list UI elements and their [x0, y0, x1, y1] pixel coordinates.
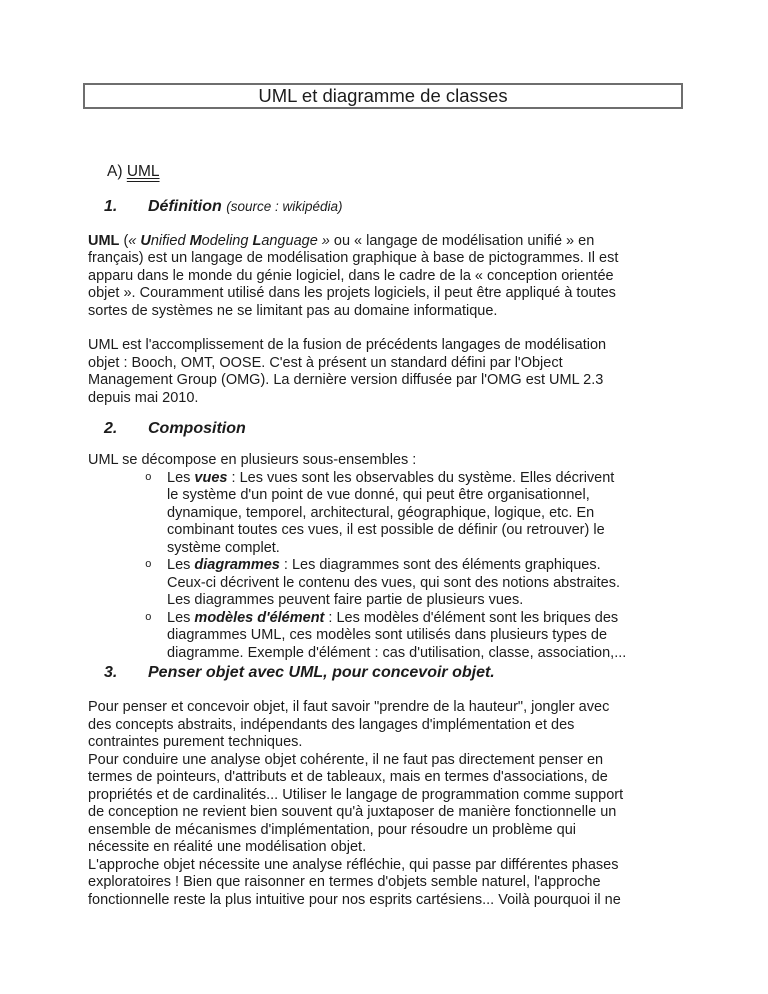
- paragraph-uml-history: UML est l'accomplissement de la fusion d…: [88, 337, 738, 407]
- list-item-modeles-element: o Les modèles d'élément : Les modèles d'…: [88, 610, 738, 663]
- document-title: UML et diagramme de classes: [258, 85, 507, 106]
- title-box: UML et diagramme de classes: [83, 83, 683, 109]
- heading-a-label: UML: [127, 163, 160, 180]
- section-3-number: 3.: [104, 664, 148, 682]
- document-page: UML et diagramme de classes A) UML 1.Déf…: [0, 83, 768, 909]
- section-1-number: 1.: [104, 198, 148, 216]
- bullet-circle-icon: o: [145, 610, 152, 628]
- section-2-heading: 2.Composition: [104, 420, 768, 438]
- section-1-subtitle: (source : wikipédia): [226, 199, 342, 214]
- bullet-circle-icon: o: [145, 557, 152, 575]
- composition-intro: UML se décompose en plusieurs sous-ensem…: [88, 452, 738, 470]
- section-2-title: Composition: [148, 420, 246, 437]
- section-3-title: Penser objet avec UML, pour concevoir ob…: [148, 664, 495, 681]
- paragraph-uml-definition: UML (« Unified Modeling Language » ou « …: [88, 233, 738, 321]
- heading-a: A) UML: [107, 163, 768, 181]
- bullet-list: o Les vues : Les vues sont les observabl…: [88, 470, 738, 663]
- section-1-heading: 1.Définition (source : wikipédia): [104, 198, 768, 216]
- heading-a-prefix: A): [107, 163, 127, 180]
- list-item-diagrammes: o Les diagrammes : Les diagrammes sont d…: [88, 557, 738, 610]
- list-item-text: Les modèles d'élément : Les modèles d'él…: [167, 610, 738, 663]
- list-item-text: Les diagrammes : Les diagrammes sont des…: [167, 557, 738, 610]
- list-item-text: Les vues : Les vues sont les observables…: [167, 470, 738, 558]
- section-1-title: Définition: [148, 198, 222, 215]
- bullet-circle-icon: o: [145, 470, 152, 488]
- section-3-heading: 3.Penser objet avec UML, pour concevoir …: [104, 664, 768, 682]
- list-item-vues: o Les vues : Les vues sont les observabl…: [88, 470, 738, 558]
- section-2-number: 2.: [104, 420, 148, 438]
- paragraph-penser-objet: Pour penser et concevoir objet, il faut …: [88, 699, 738, 909]
